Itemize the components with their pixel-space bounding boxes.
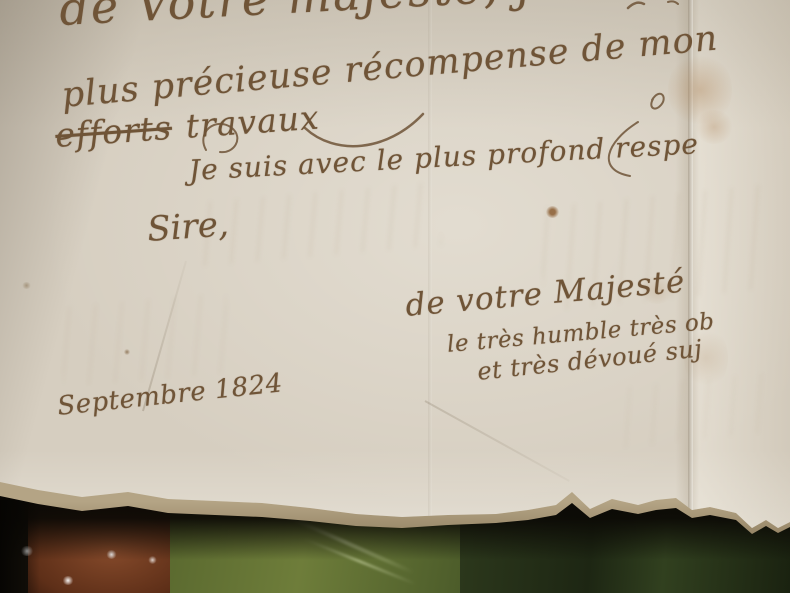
ink-bleedthrough <box>617 372 772 447</box>
handwritten-line-majeste-top: de Votre majesté, j <box>58 0 534 36</box>
handwritten-line-sire: Sire, <box>146 204 230 250</box>
manuscript-paper: de Votre majesté, j plus précieuse récom… <box>0 0 790 535</box>
word-travaux: travaux <box>184 98 320 146</box>
small-ink-speck <box>22 282 31 289</box>
ink-bleedthrough <box>57 293 233 388</box>
photo-of-manuscript-on-bubble-wrap: de Votre majesté, j plus précieuse récom… <box>0 0 790 593</box>
bottom-left-corner-shadow <box>0 500 40 593</box>
paper-fold-crease <box>425 400 570 482</box>
ink-bleedthrough <box>198 182 443 267</box>
struck-word-efforts: efforts <box>54 108 173 155</box>
handwritten-line-recompense: plus précieuse récompense de mon <box>60 19 720 116</box>
bubble-highlight-glint <box>62 576 74 585</box>
foxing-stain <box>694 110 734 144</box>
